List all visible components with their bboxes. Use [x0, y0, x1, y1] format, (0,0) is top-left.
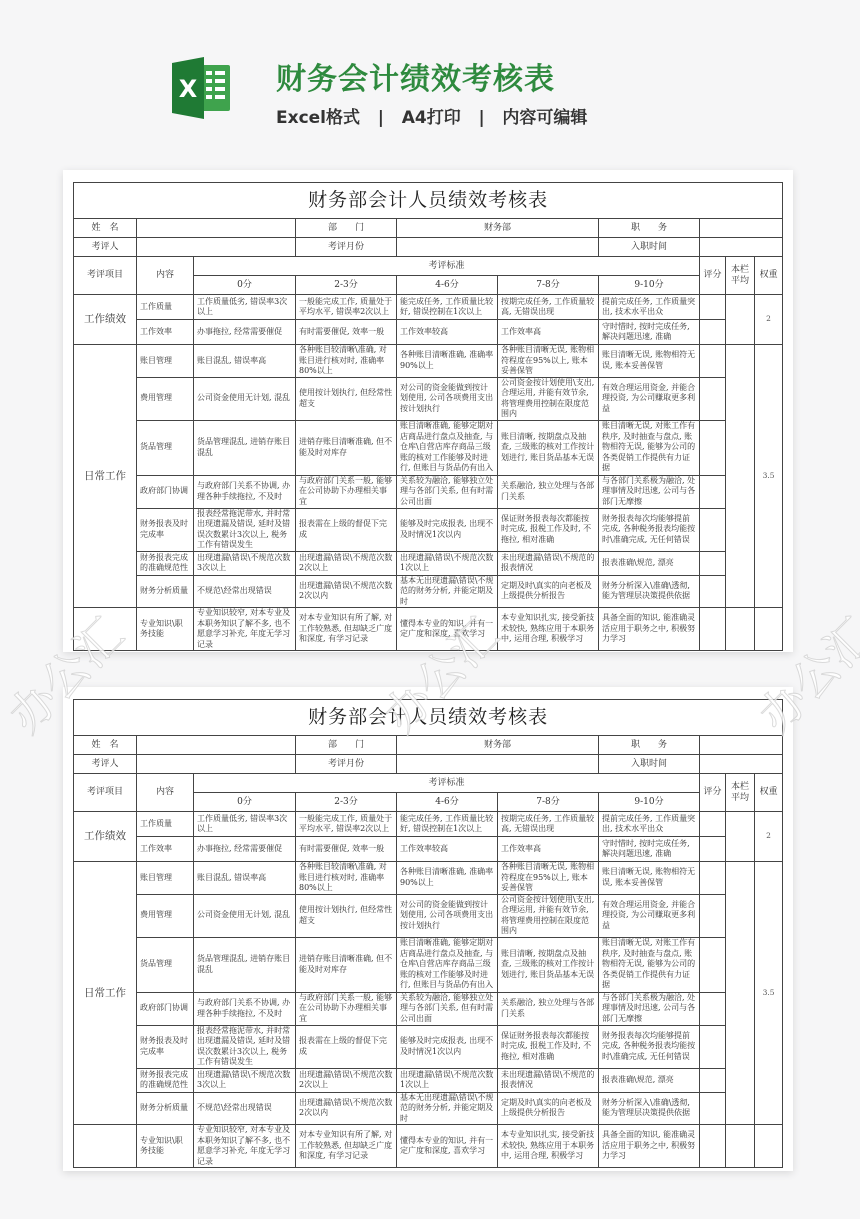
level-cell: 货品管理混乱, 进销存账目混乱	[194, 420, 296, 475]
level-cell: 报表准确\规范, 漂亮	[599, 1068, 700, 1092]
category-cell: 工作绩效	[74, 812, 137, 862]
average-cell[interactable]	[726, 812, 755, 862]
level-cell: 一般能完成工作, 质量处于平均水平, 错误率2次以上	[296, 812, 397, 837]
month-field[interactable]	[397, 238, 599, 257]
level-cell: 出现遗漏\错误\不规范次数2次以上	[296, 551, 397, 575]
category-cell: 工作绩效	[74, 295, 137, 345]
level-cell: 出现遗漏\错误\不规范次数1次以上	[397, 551, 498, 575]
level-cell: 与各部门关系极为融洽, 处理事情及时迅速, 公司与各部门无摩擦	[599, 992, 700, 1025]
level-cell: 账目清晰, 按期盘点及抽查, 三级账的核对工作按计划进行, 账目货品基本无误	[498, 420, 599, 475]
level-cell: 货品管理混乱, 进销存账目混乱	[194, 937, 296, 992]
excel-icon: X	[172, 57, 232, 119]
average-cell[interactable]	[726, 862, 755, 1125]
position-field[interactable]	[700, 219, 783, 238]
level-cell: 账目清晰无误, 对账工作有秩序, 及时抽查与盘点, 账物相符无误, 能够为公司的…	[599, 420, 700, 475]
table-row: 财务分析质量 不规范\经常出现错误 出现遗漏\错误\不规范次数2次以内 基本无出…	[74, 1092, 783, 1125]
score-cell[interactable]	[700, 894, 726, 937]
level-cell: 不规范\经常出现错误	[194, 575, 296, 608]
table-row: 财务报表及时完成率 报表经常拖泥带水, 并时常出现遗漏及错误, 延时及错误次数累…	[74, 508, 783, 551]
level-header: 2-3分	[296, 276, 397, 295]
content-cell: 工作效率	[137, 320, 194, 345]
level-cell: 专业知识较窄, 对本专业及本职务知识了解不多, 也不愿意学习补充, 年度无学习记…	[194, 1125, 296, 1168]
content-cell: 财务报表及时完成率	[137, 508, 194, 551]
level-header: 7-8分	[498, 276, 599, 295]
category-cell	[74, 1125, 137, 1168]
level-cell: 工作效率较高	[397, 837, 498, 862]
level-cell: 定期及时\真实的向老板及上级提供分析报告	[498, 575, 599, 608]
reviewer-field[interactable]	[137, 755, 296, 774]
content-cell: 账目管理	[137, 862, 194, 895]
page-title: 财务会计绩效考核表	[276, 54, 555, 98]
level-cell: 出现遗漏\错误\不规范次数3次以上	[194, 1068, 296, 1092]
table-row: 工作效率 办事拖拉, 经常需要催促 有时需要催促, 效率一般 工作效率较高 工作…	[74, 320, 783, 345]
level-cell: 能完成任务, 工作质量比较好, 错误控制在1次以上	[397, 295, 498, 320]
average-cell[interactable]	[726, 345, 755, 608]
average-header: 本栏平均	[726, 774, 755, 812]
page-subtitle: Excel格式 | A4打印 | 内容可编辑	[276, 103, 587, 128]
level-cell: 定期及时\真实的向老板及上级提供分析报告	[498, 1092, 599, 1125]
level-cell: 出现遗漏\错误\不规范次数1次以上	[397, 1068, 498, 1092]
name-label: 姓 名	[74, 736, 137, 755]
score-cell[interactable]	[700, 575, 726, 608]
table-row: 费用管理 公司资金使用无计划, 混乱 使用按计划执行, 但经常性超支 对公司的资…	[74, 894, 783, 937]
score-cell[interactable]	[700, 1068, 726, 1092]
level-cell: 报表经常拖泥带水, 并时常出现遗漏及错误, 延时及错误次数累计3次以上, 税务工…	[194, 508, 296, 551]
level-cell: 基本无出现遗漏\错误\不规范的财务分析, 并能定期及时	[397, 1092, 498, 1125]
content-cell: 货品管理	[137, 937, 194, 992]
level-cell: 能完成任务, 工作质量比较好, 错误控制在1次以上	[397, 812, 498, 837]
level-cell: 对公司的资金能做到按计划使用, 公司各项费用支出按计划执行	[397, 894, 498, 937]
level-cell: 财务报表每次均能够提前完成, 各种税务报表均能按时\准确完成, 无任何错误	[599, 1025, 700, 1068]
appraisal-table: 财务部会计人员绩效考核表 姓 名 部 门 财务部 职 务 考评人 考评月份 入职…	[73, 182, 783, 651]
dept-label: 部 门	[296, 736, 397, 755]
level-cell: 保证财务报表每次都能按时完成, 报税工作及时, 不拖拉, 相对准确	[498, 1025, 599, 1068]
weight-cell	[755, 1125, 783, 1168]
average-cell[interactable]	[726, 608, 755, 651]
level-cell: 各种账目清晰准确, 准确率90%以上	[397, 345, 498, 378]
level-cell: 提前完成任务, 工作质量突出, 技术水平出众	[599, 295, 700, 320]
reviewer-label: 考评人	[74, 755, 137, 774]
standard-header: 考评标准	[194, 774, 700, 793]
svg-text:X: X	[179, 75, 198, 103]
level-cell: 办事拖拉, 经常需要催促	[194, 320, 296, 345]
content-cell: 政府部门协调	[137, 475, 194, 508]
level-cell: 有时需要催促, 效率一般	[296, 320, 397, 345]
table-row: 专业知识\职务技能 专业知识较窄, 对本专业及本职务知识了解不多, 也不愿意学习…	[74, 608, 783, 651]
level-cell: 进销存账目清晰准确, 但不能及时对库存	[296, 420, 397, 475]
content-cell: 货品管理	[137, 420, 194, 475]
level-cell: 工作效率高	[498, 837, 599, 862]
level-cell: 与政府部门关系一般, 能够在公司协助下办理相关事宜	[296, 475, 397, 508]
level-cell: 使用按计划执行, 但经常性超支	[296, 894, 397, 937]
table-row: 工作效率 办事拖拉, 经常需要催促 有时需要催促, 效率一般 工作效率较高 工作…	[74, 837, 783, 862]
level-cell: 使用按计划执行, 但经常性超支	[296, 377, 397, 420]
level-header: 2-3分	[296, 793, 397, 812]
table-row: 货品管理 货品管理混乱, 进销存账目混乱 进销存账目清晰准确, 但不能及时对库存…	[74, 937, 783, 992]
item-header: 考评项目	[74, 257, 137, 295]
level-cell: 公司资金按计划使用\支出, 合理运用, 并能有效节余, 将管理费用控制在限度范围…	[498, 377, 599, 420]
score-cell[interactable]	[700, 377, 726, 420]
level-cell: 账目清晰, 按期盘点及抽查, 三级账的核对工作按计划进行, 账目货品基本无误	[498, 937, 599, 992]
level-header: 7-8分	[498, 793, 599, 812]
hire-date-field[interactable]	[700, 238, 783, 257]
level-cell: 能够及时完成报表, 出现不及时情况1次以内	[397, 1025, 498, 1068]
score-header: 评分	[700, 257, 726, 295]
level-cell: 出现遗漏\错误\不规范次数3次以上	[194, 551, 296, 575]
score-header: 评分	[700, 774, 726, 812]
table-row: 工作绩效 工作质量 工作质量低劣, 错误率3次以上 一般能完成工作, 质量处于平…	[74, 812, 783, 837]
weight-cell	[755, 608, 783, 651]
sheet-preview-1: 财务部会计人员绩效考核表 姓 名 部 门 财务部 职 务 考评人 考评月份 入职…	[63, 170, 793, 652]
month-label: 考评月份	[296, 755, 397, 774]
score-cell[interactable]	[700, 320, 726, 345]
level-cell: 专业知识较窄, 对本专业及本职务知识了解不多, 也不愿意学习补充, 年度无学习记…	[194, 608, 296, 651]
score-cell[interactable]	[700, 420, 726, 475]
dept-field[interactable]: 财务部	[397, 736, 599, 755]
category-cell: 日常工作	[74, 345, 137, 608]
content-cell: 账目管理	[137, 345, 194, 378]
level-cell: 对公司的资金能做到按计划使用, 公司各项费用支出按计划执行	[397, 377, 498, 420]
score-cell[interactable]	[700, 992, 726, 1025]
level-cell: 按期完成任务, 工作质量较高, 无错误出现	[498, 812, 599, 837]
table-row: 财务报表完成的准确规范性 出现遗漏\错误\不规范次数3次以上 出现遗漏\错误\不…	[74, 1068, 783, 1092]
hire-date-label: 入职时间	[599, 238, 700, 257]
hire-date-field[interactable]	[700, 755, 783, 774]
level-cell: 各种账目清晰无误, 账物相符程度在95%以上, 账本妥善保管	[498, 345, 599, 378]
level-cell: 报表准确\规范, 漂亮	[599, 551, 700, 575]
score-cell[interactable]	[700, 937, 726, 992]
level-cell: 与各部门关系极为融洽, 处理事情及时迅速, 公司与各部门无摩擦	[599, 475, 700, 508]
level-cell: 懂得本专业的知识, 并有一定广度和深度, 喜欢学习	[397, 608, 498, 651]
level-cell: 基本无出现遗漏\错误\不规范的财务分析, 并能定期及时	[397, 575, 498, 608]
table-row: 财务分析质量 不规范\经常出现错误 出现遗漏\错误\不规范次数2次以内 基本无出…	[74, 575, 783, 608]
level-header: 0分	[194, 793, 296, 812]
level-cell: 公司资金使用无计划, 混乱	[194, 894, 296, 937]
score-cell[interactable]	[700, 475, 726, 508]
level-cell: 具备全面的知识, 能准确灵活应用于职务之中, 积极努力学习	[599, 608, 700, 651]
level-cell: 进销存账目清晰准确, 但不能及时对库存	[296, 937, 397, 992]
reviewer-label: 考评人	[74, 238, 137, 257]
table-row: 日常工作 账目管理 账目混乱, 错误率高 各种账目较清晰\准确, 对账目进行核对…	[74, 345, 783, 378]
content-cell: 费用管理	[137, 894, 194, 937]
level-cell: 账目清晰无误, 对账工作有秩序, 及时抽查与盘点, 账物相符无误, 能够为公司的…	[599, 937, 700, 992]
weight-header: 权重	[755, 774, 783, 812]
table-row: 货品管理 货品管理混乱, 进销存账目混乱 进销存账目清晰准确, 但不能及时对库存…	[74, 420, 783, 475]
level-cell: 与政府部门关系一般, 能够在公司协助下办理相关事宜	[296, 992, 397, 1025]
content-header: 内容	[137, 257, 194, 295]
content-cell: 工作质量	[137, 812, 194, 837]
content-cell: 工作质量	[137, 295, 194, 320]
level-cell: 出现遗漏\错误\不规范次数2次以内	[296, 575, 397, 608]
level-cell: 出现遗漏\错误\不规范次数2次以上	[296, 1068, 397, 1092]
position-label: 职 务	[599, 736, 700, 755]
score-cell[interactable]	[700, 295, 726, 320]
score-cell[interactable]	[700, 608, 726, 651]
level-cell: 关系融洽, 独立处理与各部门关系	[498, 992, 599, 1025]
level-cell: 账目清晰准确, 能够定期对店商品进行盘点及抽查, 与仓库\自营店库存商品三级账的…	[397, 420, 498, 475]
score-cell[interactable]	[700, 862, 726, 895]
level-cell: 与政府部门关系不协调, 办理各种手续拖拉, 不及时	[194, 475, 296, 508]
level-header: 4-6分	[397, 793, 498, 812]
level-cell: 账目清晰无误, 账物相符无误, 账本妥善保管	[599, 862, 700, 895]
category-cell	[74, 608, 137, 651]
level-cell: 本专业知识扎实, 接受新技术较快, 熟练应用于本职务中, 运用合理, 积极学习	[498, 1125, 599, 1168]
score-cell[interactable]	[700, 508, 726, 551]
level-cell: 账目清晰无误, 账物相符无误, 账本妥善保管	[599, 345, 700, 378]
level-cell: 财务报表每次均能够提前完成, 各种税务报表均能按时\准确完成, 无任何错误	[599, 508, 700, 551]
level-cell: 报表需在上级的督促下完成	[296, 508, 397, 551]
level-cell: 公司资金按计划使用\支出, 合理运用, 并能有效节余, 将管理费用控制在限度范围…	[498, 894, 599, 937]
month-field[interactable]	[397, 755, 599, 774]
content-cell: 财务报表及时完成率	[137, 1025, 194, 1068]
average-header: 本栏平均	[726, 257, 755, 295]
level-cell: 各种账目清晰无误, 账物相符程度在95%以上, 账本妥善保管	[498, 862, 599, 895]
score-cell[interactable]	[700, 551, 726, 575]
level-header: 4-6分	[397, 276, 498, 295]
weight-cell: 3.5	[755, 862, 783, 1125]
level-cell: 工作效率较高	[397, 320, 498, 345]
level-cell: 公司资金使用无计划, 混乱	[194, 377, 296, 420]
content-cell: 政府部门协调	[137, 992, 194, 1025]
level-cell: 关系融洽, 独立处理与各部门关系	[498, 475, 599, 508]
content-cell: 财务分析质量	[137, 1092, 194, 1125]
table-row: 专业知识\职务技能 专业知识较窄, 对本专业及本职务知识了解不多, 也不愿意学习…	[74, 1125, 783, 1168]
level-cell: 未出现遗漏\错误\不规范的报表情况	[498, 1068, 599, 1092]
average-cell[interactable]	[726, 295, 755, 345]
level-cell: 未出现遗漏\错误\不规范的报表情况	[498, 551, 599, 575]
level-cell: 本专业知识扎实, 接受新技术较快, 熟练应用于本职务中, 运用合理, 积极学习	[498, 608, 599, 651]
level-cell: 出现遗漏\错误\不规范次数2次以内	[296, 1092, 397, 1125]
level-cell: 一般能完成工作, 质量处于平均水平, 错误率2次以上	[296, 295, 397, 320]
weight-cell: 2	[755, 295, 783, 345]
level-cell: 财务分析深入\准确\透彻, 能为管理层决策提供依据	[599, 575, 700, 608]
level-cell: 各种账目清晰准确, 准确率90%以上	[397, 862, 498, 895]
level-cell: 按期完成任务, 工作质量较高, 无错误出现	[498, 295, 599, 320]
level-cell: 账目清晰准确, 能够定期对店商品进行盘点及抽查, 与仓库\自营店库存商品三级账的…	[397, 937, 498, 992]
content-cell: 费用管理	[137, 377, 194, 420]
level-cell: 工作质量低劣, 错误率3次以上	[194, 812, 296, 837]
position-field[interactable]	[700, 736, 783, 755]
level-cell: 有效合理运用资金, 并能合理投资, 为公司赚取更多利益	[599, 377, 700, 420]
score-cell[interactable]	[700, 1025, 726, 1068]
level-cell: 财务分析深入\准确\透彻, 能为管理层决策提供依据	[599, 1092, 700, 1125]
table-row: 政府部门协调 与政府部门关系不协调, 办理各种手续拖拉, 不及时 与政府部门关系…	[74, 475, 783, 508]
level-cell: 各种账目较清晰\准确, 对账目进行核对时, 准确率80%以上	[296, 862, 397, 895]
content-header: 内容	[137, 774, 194, 812]
level-cell: 能够及时完成报表, 出现不及时情况1次以内	[397, 508, 498, 551]
reviewer-field[interactable]	[137, 238, 296, 257]
level-header: 9-10分	[599, 793, 700, 812]
level-header: 9-10分	[599, 276, 700, 295]
level-header: 0分	[194, 276, 296, 295]
dept-field[interactable]: 财务部	[397, 219, 599, 238]
content-cell: 财务报表完成的准确规范性	[137, 1068, 194, 1092]
table-row: 费用管理 公司资金使用无计划, 混乱 使用按计划执行, 但经常性超支 对公司的资…	[74, 377, 783, 420]
content-cell: 财务分析质量	[137, 575, 194, 608]
table-row: 工作绩效 工作质量 工作质量低劣, 错误率3次以上 一般能完成工作, 质量处于平…	[74, 295, 783, 320]
content-cell: 专业知识\职务技能	[137, 608, 194, 651]
score-cell[interactable]	[700, 345, 726, 378]
appraisal-table: 财务部会计人员绩效考核表 姓 名 部 门 财务部 职 务 考评人 考评月份 入职…	[73, 699, 783, 1168]
month-label: 考评月份	[296, 238, 397, 257]
content-cell: 工作效率	[137, 837, 194, 862]
page-header: X 财务会计绩效考核表 Excel格式 | A4打印 | 内容可编辑	[0, 0, 860, 160]
level-cell: 关系较为融洽, 能够独立处理与各部门关系, 但有时需公司出面	[397, 475, 498, 508]
level-cell: 有效合理运用资金, 并能合理投资, 为公司赚取更多利益	[599, 894, 700, 937]
content-cell: 财务报表完成的准确规范性	[137, 551, 194, 575]
average-cell[interactable]	[726, 1125, 755, 1168]
level-cell: 报表经常拖泥带水, 并时常出现遗漏及错误, 延时及错误次数累计3次以上, 税务工…	[194, 1025, 296, 1068]
name-field[interactable]	[137, 736, 296, 755]
level-cell: 不规范\经常出现错误	[194, 1092, 296, 1125]
name-field[interactable]	[137, 219, 296, 238]
sheet-title: 财务部会计人员绩效考核表	[74, 183, 783, 219]
level-cell: 守时惜时, 按时完成任务, 解决问题迅速, 准确	[599, 320, 700, 345]
level-cell: 对本专业知识有所了解, 对工作较熟悉, 但却缺乏广度和深度, 有学习记录	[296, 608, 397, 651]
weight-cell: 2	[755, 812, 783, 862]
position-label: 职 务	[599, 219, 700, 238]
level-cell: 与政府部门关系不协调, 办理各种手续拖拉, 不及时	[194, 992, 296, 1025]
score-cell[interactable]	[700, 1092, 726, 1125]
level-cell: 提前完成任务, 工作质量突出, 技术水平出众	[599, 812, 700, 837]
level-cell: 账目混乱, 错误率高	[194, 345, 296, 378]
level-cell: 账目混乱, 错误率高	[194, 862, 296, 895]
level-cell: 办事拖拉, 经常需要催促	[194, 837, 296, 862]
dept-label: 部 门	[296, 219, 397, 238]
standard-header: 考评标准	[194, 257, 700, 276]
level-cell: 懂得本专业的知识, 并有一定广度和深度, 喜欢学习	[397, 1125, 498, 1168]
level-cell: 有时需要催促, 效率一般	[296, 837, 397, 862]
level-cell: 守时惜时, 按时完成任务, 解决问题迅速, 准确	[599, 837, 700, 862]
score-cell[interactable]	[700, 1125, 726, 1168]
score-cell[interactable]	[700, 812, 726, 837]
score-cell[interactable]	[700, 837, 726, 862]
item-header: 考评项目	[74, 774, 137, 812]
level-cell: 保证财务报表每次都能按时完成, 报税工作及时, 不拖拉, 相对准确	[498, 508, 599, 551]
table-row: 财务报表及时完成率 报表经常拖泥带水, 并时常出现遗漏及错误, 延时及错误次数累…	[74, 1025, 783, 1068]
weight-cell: 3.5	[755, 345, 783, 608]
content-cell: 专业知识\职务技能	[137, 1125, 194, 1168]
level-cell: 具备全面的知识, 能准确灵活应用于职务之中, 积极努力学习	[599, 1125, 700, 1168]
level-cell: 各种账目较清晰\准确, 对账目进行核对时, 准确率80%以上	[296, 345, 397, 378]
hire-date-label: 入职时间	[599, 755, 700, 774]
sheet-preview-2: 财务部会计人员绩效考核表 姓 名 部 门 财务部 职 务 考评人 考评月份 入职…	[63, 687, 793, 1171]
table-row: 政府部门协调 与政府部门关系不协调, 办理各种手续拖拉, 不及时 与政府部门关系…	[74, 992, 783, 1025]
name-label: 姓 名	[74, 219, 137, 238]
weight-header: 权重	[755, 257, 783, 295]
level-cell: 工作效率高	[498, 320, 599, 345]
sheet-title: 财务部会计人员绩效考核表	[74, 700, 783, 736]
level-cell: 报表需在上级的督促下完成	[296, 1025, 397, 1068]
category-cell: 日常工作	[74, 862, 137, 1125]
level-cell: 工作质量低劣, 错误率3次以上	[194, 295, 296, 320]
table-row: 日常工作 账目管理 账目混乱, 错误率高 各种账目较清晰\准确, 对账目进行核对…	[74, 862, 783, 895]
level-cell: 对本专业知识有所了解, 对工作较熟悉, 但却缺乏广度和深度, 有学习记录	[296, 1125, 397, 1168]
level-cell: 关系较为融洽, 能够独立处理与各部门关系, 但有时需公司出面	[397, 992, 498, 1025]
table-row: 财务报表完成的准确规范性 出现遗漏\错误\不规范次数3次以上 出现遗漏\错误\不…	[74, 551, 783, 575]
